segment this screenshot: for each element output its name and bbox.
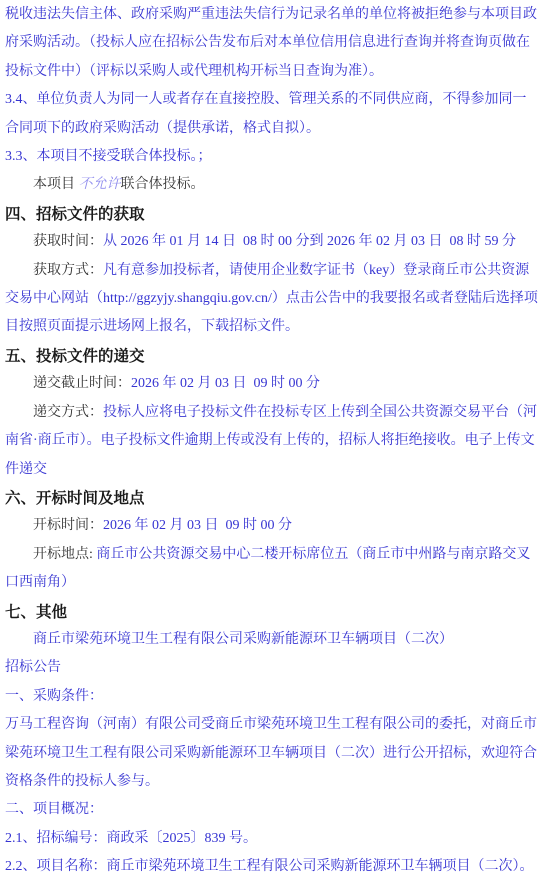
section-7-heading-others: 七、其他 — [5, 598, 538, 626]
consortium-note-suffix: 联合体投标。 — [121, 177, 205, 192]
obtain-method-paragraph: 获取方式：凡有意参加投标者，请使用企业数字证书（key）登录商丘市公共资源交易中… — [5, 257, 538, 342]
section-6-heading-bid-opening: 六、开标时间及地点 — [5, 484, 538, 512]
project-overview-heading: 二、项目概况： — [5, 796, 538, 824]
submission-deadline-label: 递交截止时间： — [33, 376, 131, 391]
notice-title-line: 招标公告 — [5, 654, 538, 682]
submission-method-label: 递交方式： — [33, 405, 103, 420]
submission-method-paragraph: 递交方式：投标人应将电子投标文件在投标专区上传到全国公共资源交易平台（河南省·商… — [5, 399, 538, 484]
consortium-note-line: 本项目 不允许联合体投标。 — [5, 171, 538, 199]
clause-3-4-paragraph: 3.4、单位负责人为同一人或者存在直接控股、管理关系的不同供应商，不得参加同一合… — [5, 86, 538, 143]
obtain-time-label: 获取时间： — [33, 234, 103, 249]
project-name-line: 商丘市梁苑环境卫生工程有限公司采购新能源环卫车辆项目（二次） — [5, 626, 538, 654]
procurement-conditions-heading: 一、采购条件： — [5, 683, 538, 711]
submission-deadline-value: 2026 年 02 月 03 日 09 时 00 分 — [131, 376, 320, 391]
opening-place-paragraph: 开标地点: 商丘市公共资源交易中心二楼开标席位五（商丘市中州路与南京路交叉口西南… — [5, 541, 538, 598]
obtain-method-label: 获取方式： — [33, 263, 103, 278]
opening-time-label: 开标时间： — [33, 518, 103, 533]
credit-blacklist-paragraph: 税收违法失信主体、政府采购严重违法失信行为记录名单的单位将被拒绝参与本项目政府采… — [5, 1, 538, 86]
section-4-heading-obtain-documents: 四、招标文件的获取 — [5, 200, 538, 228]
procurement-conditions-paragraph: 万马工程咨询（河南）有限公司受商丘市梁苑环境卫生工程有限公司的委托，对商丘市梁苑… — [5, 711, 538, 796]
tender-notice-document: 税收违法失信主体、政府采购严重违法失信行为记录名单的单位将被拒绝参与本项目政府采… — [0, 0, 543, 881]
tender-number-line: 2.1、招标编号：商政采〔2025〕839 号。 — [5, 825, 538, 853]
opening-time-value: 2026 年 02 月 03 日 09 时 00 分 — [103, 518, 292, 533]
opening-time-line: 开标时间：2026 年 02 月 03 日 09 时 00 分 — [5, 512, 538, 540]
clause-3-3-paragraph: 3.3、本项目不接受联合体投标。； — [5, 143, 538, 171]
opening-place-label: 开标地点: — [33, 547, 96, 562]
obtain-time-value: 从 2026 年 01 月 14 日 08 时 00 分到 2026 年 02 … — [103, 234, 516, 249]
obtain-time-line: 获取时间：从 2026 年 01 月 14 日 08 时 00 分到 2026 … — [5, 228, 538, 256]
consortium-not-allowed-emphasis: 不允许 — [79, 177, 121, 192]
section-5-heading-bid-submission: 五、投标文件的递交 — [5, 342, 538, 370]
submission-deadline-line: 递交截止时间：2026 年 02 月 03 日 09 时 00 分 — [5, 370, 538, 398]
consortium-note-prefix: 本项目 — [33, 177, 79, 192]
project-title-line: 2.2、项目名称：商丘市梁苑环境卫生工程有限公司采购新能源环卫车辆项目（二次）。 — [5, 853, 538, 881]
